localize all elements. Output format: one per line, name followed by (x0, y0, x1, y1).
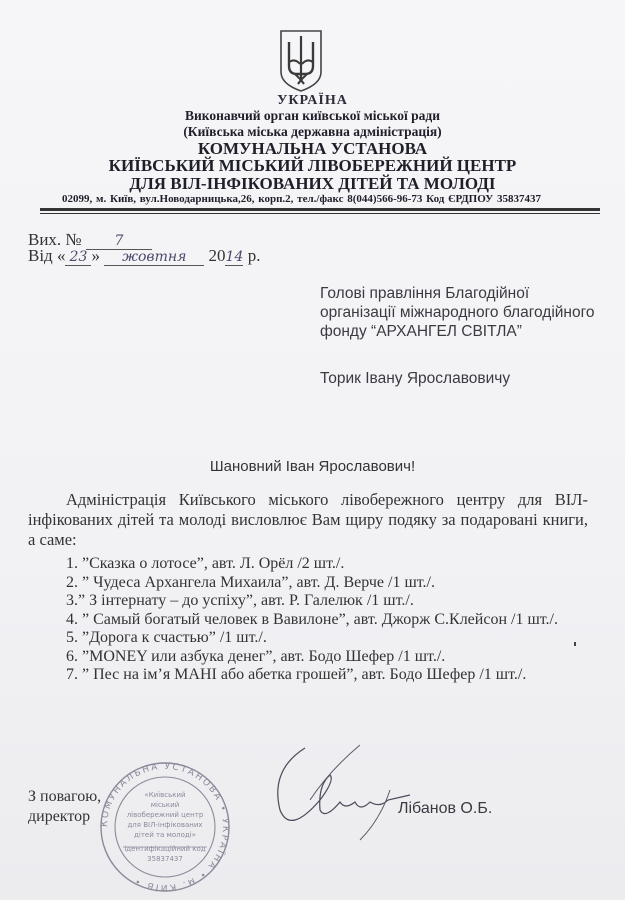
closing-phrase: З повагою, (28, 787, 101, 807)
svg-text:35837437: 35837437 (147, 855, 183, 863)
svg-text:міський: міський (151, 801, 180, 809)
svg-text:лівобережний центр: лівобережний центр (127, 811, 204, 819)
addressee-name: Торик Івану Ярославовичу (320, 370, 510, 388)
organ-line-1: Виконавчий орган київської міської ради (0, 108, 625, 124)
list-item: 4. ” Самый богатый человек в Вавилоне”, … (66, 611, 558, 630)
book-list: 1. ”Сказка о лотосе”, авт. Л. Орёл /2 шт… (66, 555, 558, 685)
trident-coat-of-arms-icon (278, 28, 324, 94)
svg-text:дітей та молоді»: дітей та молоді» (134, 831, 196, 839)
date-prefix: Від « (28, 246, 65, 265)
date-day: 23 (65, 249, 91, 266)
list-item: 3.” З інтернату – до успіху”, авт. Р. Га… (66, 592, 558, 611)
list-item: 1. ”Сказка о лотосе”, авт. Л. Орёл /2 шт… (66, 555, 558, 574)
date-mid: » (91, 246, 100, 265)
svg-text:для ВІЛ-інфікованих: для ВІЛ-інфікованих (127, 821, 202, 829)
date-month: жовтня (104, 249, 204, 266)
letter-body: Адміністрація Київського міського лівобе… (28, 490, 588, 550)
organ-line-2: (Київська міська державна адміністрація) (0, 124, 625, 140)
date-year-prefix: 20 (208, 246, 225, 265)
signatory-title: директор (28, 807, 101, 827)
list-item: 7. ” Пес на ім’я МАНІ або абетка грошей”… (66, 666, 558, 685)
director-signature (210, 740, 420, 850)
closing-block: З повагою, директор (28, 787, 101, 827)
date-suffix: р. (248, 246, 261, 265)
svg-text:«Київський: «Київський (144, 791, 185, 799)
letter-date: Від «23» жовтня 2014 р. (28, 246, 260, 266)
header-rule-thick (40, 208, 600, 211)
header-rule-thin (40, 213, 600, 214)
country-name: УКРАЇНА (0, 93, 625, 109)
list-item: 6. ”MONEY или азбука денег”, авт. Бодо Ш… (66, 648, 558, 667)
addressee-position: Голові правління Благодійної організації… (320, 284, 600, 341)
date-year-suffix: 14 (225, 249, 243, 266)
scan-speck (574, 642, 576, 646)
institution-name-2: ДЛЯ ВІЛ-ІНФІКОВАНИХ ДІТЕЙ ТА МОЛОДІ (0, 174, 625, 194)
institution-address: 02099, м. Київ, вул.Новодарницька,26, ко… (62, 193, 541, 205)
salutation: Шановний Іван Ярославович! (0, 458, 625, 475)
svg-text:ідентифікаційний код: ідентифікаційний код (124, 845, 205, 853)
list-item: 2. ” Чудеса Архангела Михаила”, авт. Д. … (66, 574, 558, 593)
institution-name-1: КИЇВСЬКИЙ МІСЬКИЙ ЛІВОБЕРЕЖНИЙ ЦЕНТР (0, 156, 625, 176)
director-name: Лібанов О.Б. (398, 800, 492, 818)
list-item: 5. ”Дорога к счастью” /1 шт./. (66, 629, 558, 648)
